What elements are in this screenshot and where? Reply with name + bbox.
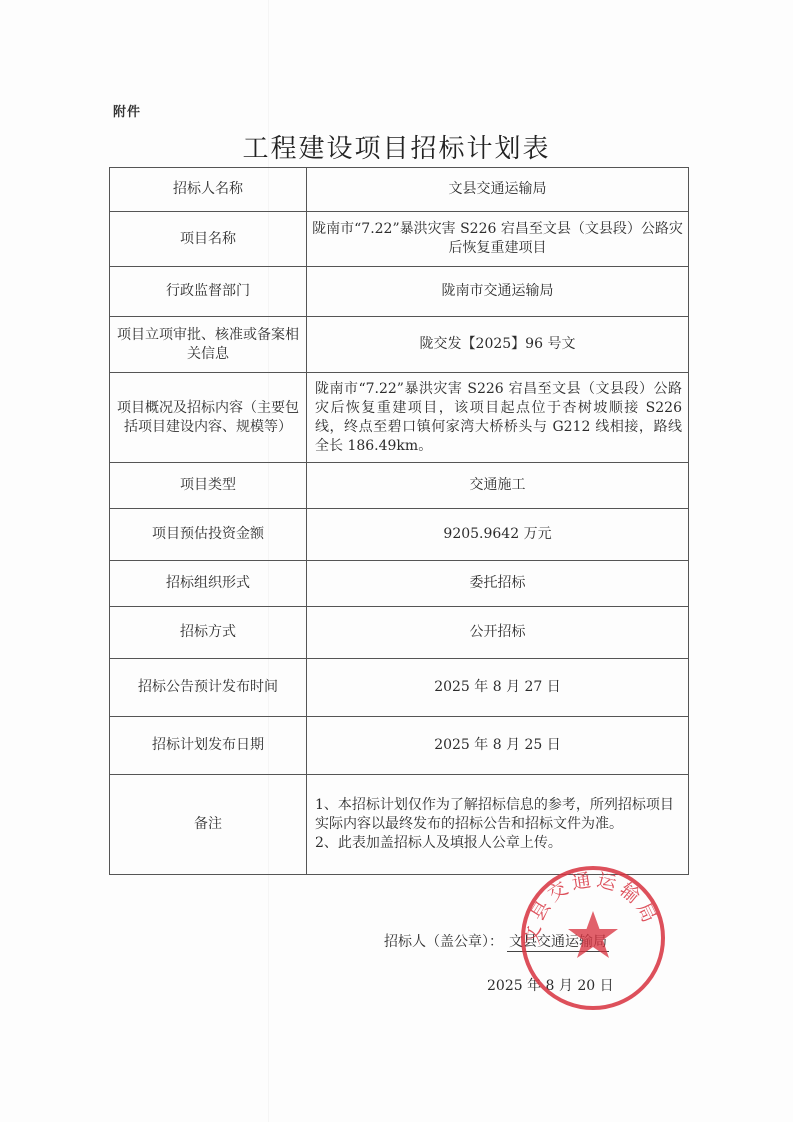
row-label: 项目概况及招标内容（主要包括项目建设内容、规模等） <box>110 373 307 463</box>
note-item: 1、本招标计划仅作为了解招标信息的参考，所列招标项目实际内容以最终发布的招标公告… <box>315 796 682 834</box>
row-value: 陇交发【2025】96 号文 <box>307 317 689 373</box>
row-label: 项目预估投资金额 <box>110 509 307 561</box>
notes-cell: 1、本招标计划仅作为了解招标信息的参考，所列招标项目实际内容以最终发布的招标公告… <box>307 775 689 875</box>
row-value: 文县交通运输局 <box>307 168 689 212</box>
table-row: 招标公告预计发布时间 2025 年 8 月 27 日 <box>110 659 689 717</box>
row-value: 陇南市交通运输局 <box>307 267 689 317</box>
row-label: 招标公告预计发布时间 <box>110 659 307 717</box>
table-row: 招标组织形式 委托招标 <box>110 561 689 607</box>
row-value: 交通施工 <box>307 463 689 509</box>
row-label: 备注 <box>110 775 307 875</box>
row-value: 9205.9642 万元 <box>307 509 689 561</box>
page-title: 工程建设项目招标计划表 <box>0 128 793 165</box>
row-label: 招标计划发布日期 <box>110 717 307 775</box>
document-page: 附件 工程建设项目招标计划表 招标人名称 文县交通运输局 项目名称 陇南市“7.… <box>0 0 793 1122</box>
row-label: 行政监督部门 <box>110 267 307 317</box>
note-item: 2、此表加盖招标人及填报人公章上传。 <box>315 834 682 853</box>
row-value: 2025 年 8 月 25 日 <box>307 717 689 775</box>
signer-organization: 文县交通运输局 <box>507 931 609 952</box>
attachment-label: 附件 <box>113 101 141 120</box>
table-row: 项目类型 交通施工 <box>110 463 689 509</box>
row-value: 公开招标 <box>307 607 689 659</box>
table-row: 项目名称 陇南市“7.22”暴洪灾害 S226 宕昌至文县（文县段）公路灾后恢复… <box>110 212 689 267</box>
row-value: 陇南市“7.22”暴洪灾害 S226 宕昌至文县（文县段）公路灾后恢复重建项目，… <box>307 373 689 463</box>
row-value: 2025 年 8 月 27 日 <box>307 659 689 717</box>
row-label: 项目名称 <box>110 212 307 267</box>
tender-plan-table: 招标人名称 文县交通运输局 项目名称 陇南市“7.22”暴洪灾害 S226 宕昌… <box>109 167 689 875</box>
table-row: 项目立项审批、核准或备案相关信息 陇交发【2025】96 号文 <box>110 317 689 373</box>
row-value: 委托招标 <box>307 561 689 607</box>
row-label: 项目类型 <box>110 463 307 509</box>
row-label: 招标组织形式 <box>110 561 307 607</box>
signature-date: 2025 年 8 月 20 日 <box>487 975 614 995</box>
table-row: 备注 1、本招标计划仅作为了解招标信息的参考，所列招标项目实际内容以最终发布的招… <box>110 775 689 875</box>
row-label: 项目立项审批、核准或备案相关信息 <box>110 317 307 373</box>
row-label: 招标人名称 <box>110 168 307 212</box>
row-value: 陇南市“7.22”暴洪灾害 S226 宕昌至文县（文县段）公路灾后恢复重建项目 <box>307 212 689 267</box>
signer-label: 招标人（盖公章）： <box>384 934 503 950</box>
table-row: 招标计划发布日期 2025 年 8 月 25 日 <box>110 717 689 775</box>
table-row: 招标人名称 文县交通运输局 <box>110 168 689 212</box>
table-row: 招标方式 公开招标 <box>110 607 689 659</box>
table-row: 项目概况及招标内容（主要包括项目建设内容、规模等） 陇南市“7.22”暴洪灾害 … <box>110 373 689 463</box>
table-row: 项目预估投资金额 9205.9642 万元 <box>110 509 689 561</box>
signature-line: 招标人（盖公章）：文县交通运输局 <box>384 931 609 952</box>
table-row: 行政监督部门 陇南市交通运输局 <box>110 267 689 317</box>
row-label: 招标方式 <box>110 607 307 659</box>
